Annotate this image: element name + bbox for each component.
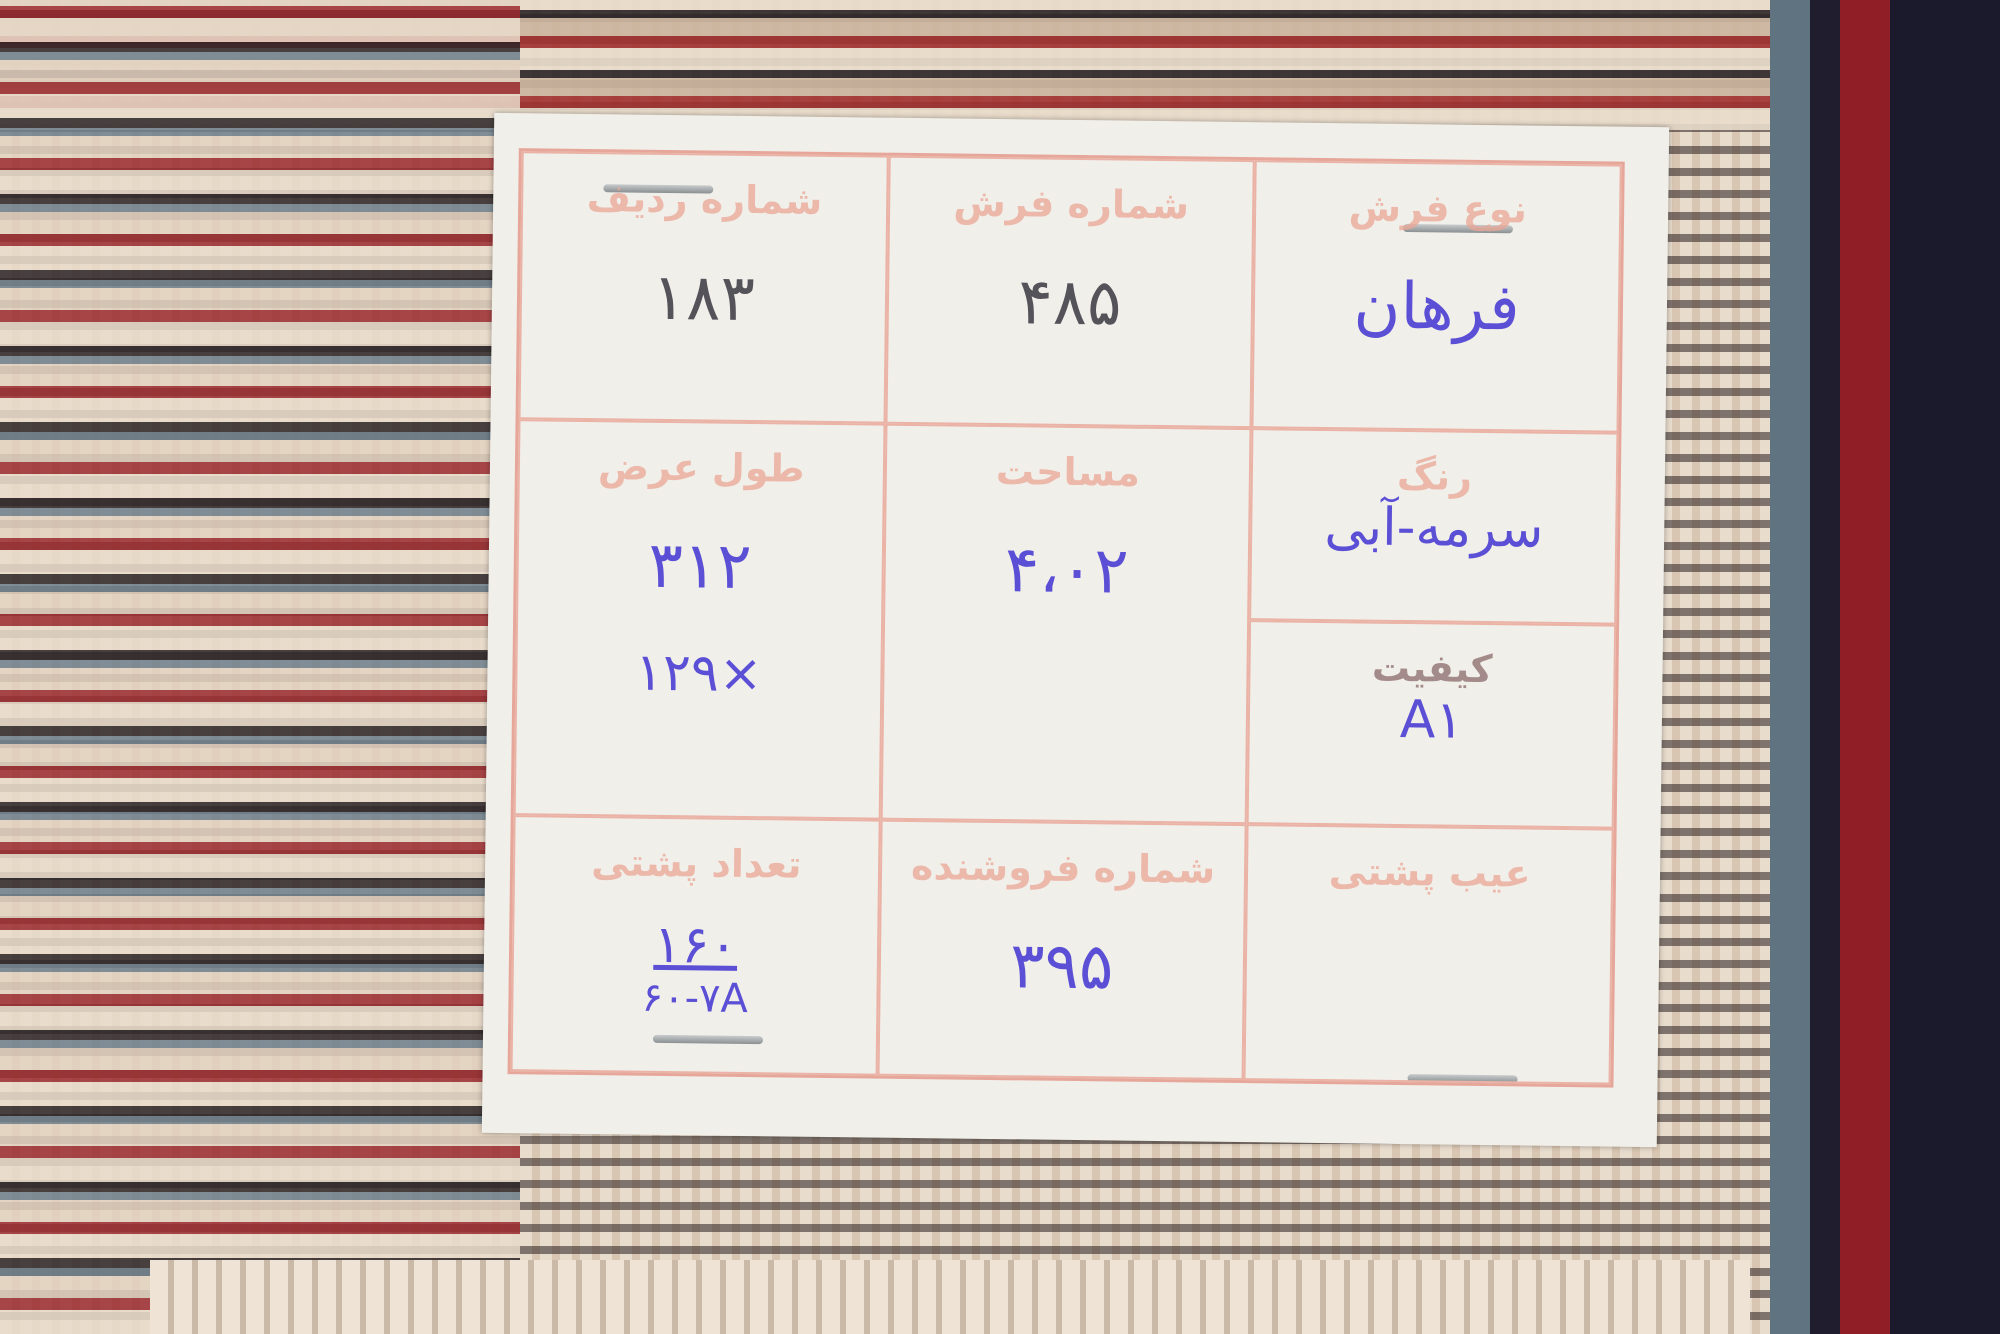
header: مساحت bbox=[886, 448, 1249, 496]
rug-tag: شماره ردیف ۱۸۳ شماره فرش ۴۸۵ نوع فرش فره… bbox=[482, 113, 1669, 1147]
tag-grid: شماره ردیف ۱۸۳ شماره فرش ۴۸۵ نوع فرش فره… bbox=[508, 148, 1625, 1087]
cell-rug-type: نوع فرش فرهان bbox=[1252, 160, 1622, 433]
backing-code-value: ۶۰-۷A bbox=[513, 974, 876, 1024]
header: شماره ردیف bbox=[523, 175, 886, 223]
row-number-value: ۱۸۳ bbox=[522, 259, 886, 337]
rug-fringe bbox=[150, 1260, 1750, 1334]
cell-area: مساحت ۴،۰۲ bbox=[880, 424, 1251, 825]
cell-backing-defect: عیب پشتی bbox=[1244, 825, 1614, 1085]
quality-value: A۱ bbox=[1250, 688, 1613, 752]
color-value: سرمه-آبی bbox=[1252, 496, 1615, 560]
rug-number-value: ۴۸۵ bbox=[888, 264, 1252, 342]
header: طول عرض bbox=[520, 444, 883, 492]
header: کیفیت bbox=[1251, 644, 1614, 692]
area-value: ۴،۰۲ bbox=[885, 532, 1249, 610]
cell-rug-number: شماره فرش ۴۸۵ bbox=[885, 156, 1255, 429]
cell-seller-number: شماره فروشنده ۳۹۵ bbox=[877, 820, 1247, 1080]
cell-backing-count: تعداد پشتی ۱۶۰ ۶۰-۷A bbox=[511, 816, 881, 1076]
header: عیب پشتی bbox=[1248, 849, 1611, 897]
rug-weave-left bbox=[0, 0, 520, 1334]
length-value: ۳۱۲ bbox=[518, 528, 882, 606]
cell-color: رنگ سرمه-آبی bbox=[1249, 428, 1618, 624]
rug-type-value: فرهان bbox=[1255, 268, 1619, 346]
header: نوع فرش bbox=[1256, 184, 1619, 232]
cell-quality: کیفیت A۱ bbox=[1247, 620, 1616, 829]
header: رنگ bbox=[1253, 452, 1616, 500]
header: شماره فرش bbox=[890, 180, 1253, 228]
header: شماره فروشنده bbox=[881, 844, 1244, 892]
cell-dimensions: طول عرض ۳۱۲ ×۱۲۹ bbox=[514, 420, 885, 821]
rug-border-right bbox=[1770, 0, 2000, 1334]
backing-count-value: ۱۶۰ bbox=[514, 914, 877, 978]
cell-row-number: شماره ردیف ۱۸۳ bbox=[519, 151, 889, 424]
header: تعداد پشتی bbox=[515, 840, 878, 888]
seller-number-value: ۳۹۵ bbox=[880, 928, 1244, 1006]
width-value: ×۱۲۹ bbox=[517, 642, 880, 706]
